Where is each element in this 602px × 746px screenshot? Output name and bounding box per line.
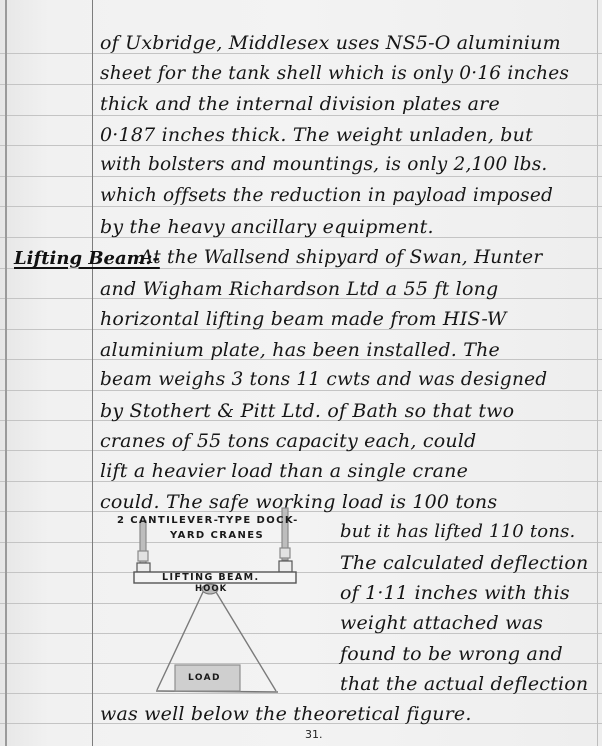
cranes-label-2: YARD CRANES: [170, 530, 264, 541]
text-line: by Stothert & Pitt Ltd. of Bath so that …: [100, 399, 514, 423]
text-line: of 1·11 inches with this: [340, 581, 570, 605]
text-line: with bolsters and mountings, is only 2,1…: [100, 153, 547, 177]
load-label: LOAD: [188, 673, 221, 683]
hook-label: HOOK: [195, 584, 227, 594]
cranes-label: 2 CANTILEVER-TYPE DOCK-: [117, 515, 299, 526]
text-line: by the heavy ancillary equipment.: [100, 215, 434, 239]
text-line: cranes of 55 tons capacity each, could: [100, 429, 476, 453]
text-line: beam weighs 3 tons 11 cwts and was desig…: [100, 368, 547, 392]
text-line: horizontal lifting beam made from HIS-W: [100, 307, 507, 331]
text-line: of Uxbridge, Middlesex uses NS5-O alumin…: [100, 31, 561, 55]
text-line: weight attached was: [340, 611, 543, 635]
page-number: 31.: [305, 728, 323, 741]
text-line: but it has lifted 110 tons.: [340, 520, 575, 544]
section-heading-lifting-beam: Lifting Beam:-: [14, 247, 160, 271]
notebook-page: of Uxbridge, Middlesex uses NS5-O alumin…: [0, 0, 602, 746]
text-line: At the Wallsend shipyard of Swan, Hunter: [140, 246, 542, 270]
text-line: and Wigham Richardson Ltd a 55 ft long: [100, 277, 498, 301]
text-line: that the actual deflection: [340, 672, 588, 696]
text-line: aluminium plate, has been installed. The: [100, 338, 500, 362]
margin-line: [92, 0, 93, 746]
text-line: 0·187 inches thick. The weight unladen, …: [100, 123, 533, 147]
text-line: thick and the internal division plates a…: [100, 92, 500, 116]
text-line: which offsets the reduction in payload i…: [100, 184, 553, 208]
right-edge-line: [597, 0, 598, 746]
beam-label: LIFTING BEAM.: [162, 572, 260, 583]
left-crane-icon: [137, 521, 150, 572]
text-line: lift a heavier load than a single crane: [100, 459, 468, 483]
text-line: could. The safe working load is 100 tons: [100, 490, 497, 514]
text-line: The calculated deflection: [340, 551, 588, 575]
sling-right-icon: [216, 592, 276, 691]
text-line: sheet for the tank shell which is only 0…: [100, 62, 569, 86]
page-edge-line: [5, 0, 7, 746]
text-line: found to be wrong and: [340, 642, 563, 666]
text-line: was well below the theoretical figure.: [100, 702, 472, 726]
